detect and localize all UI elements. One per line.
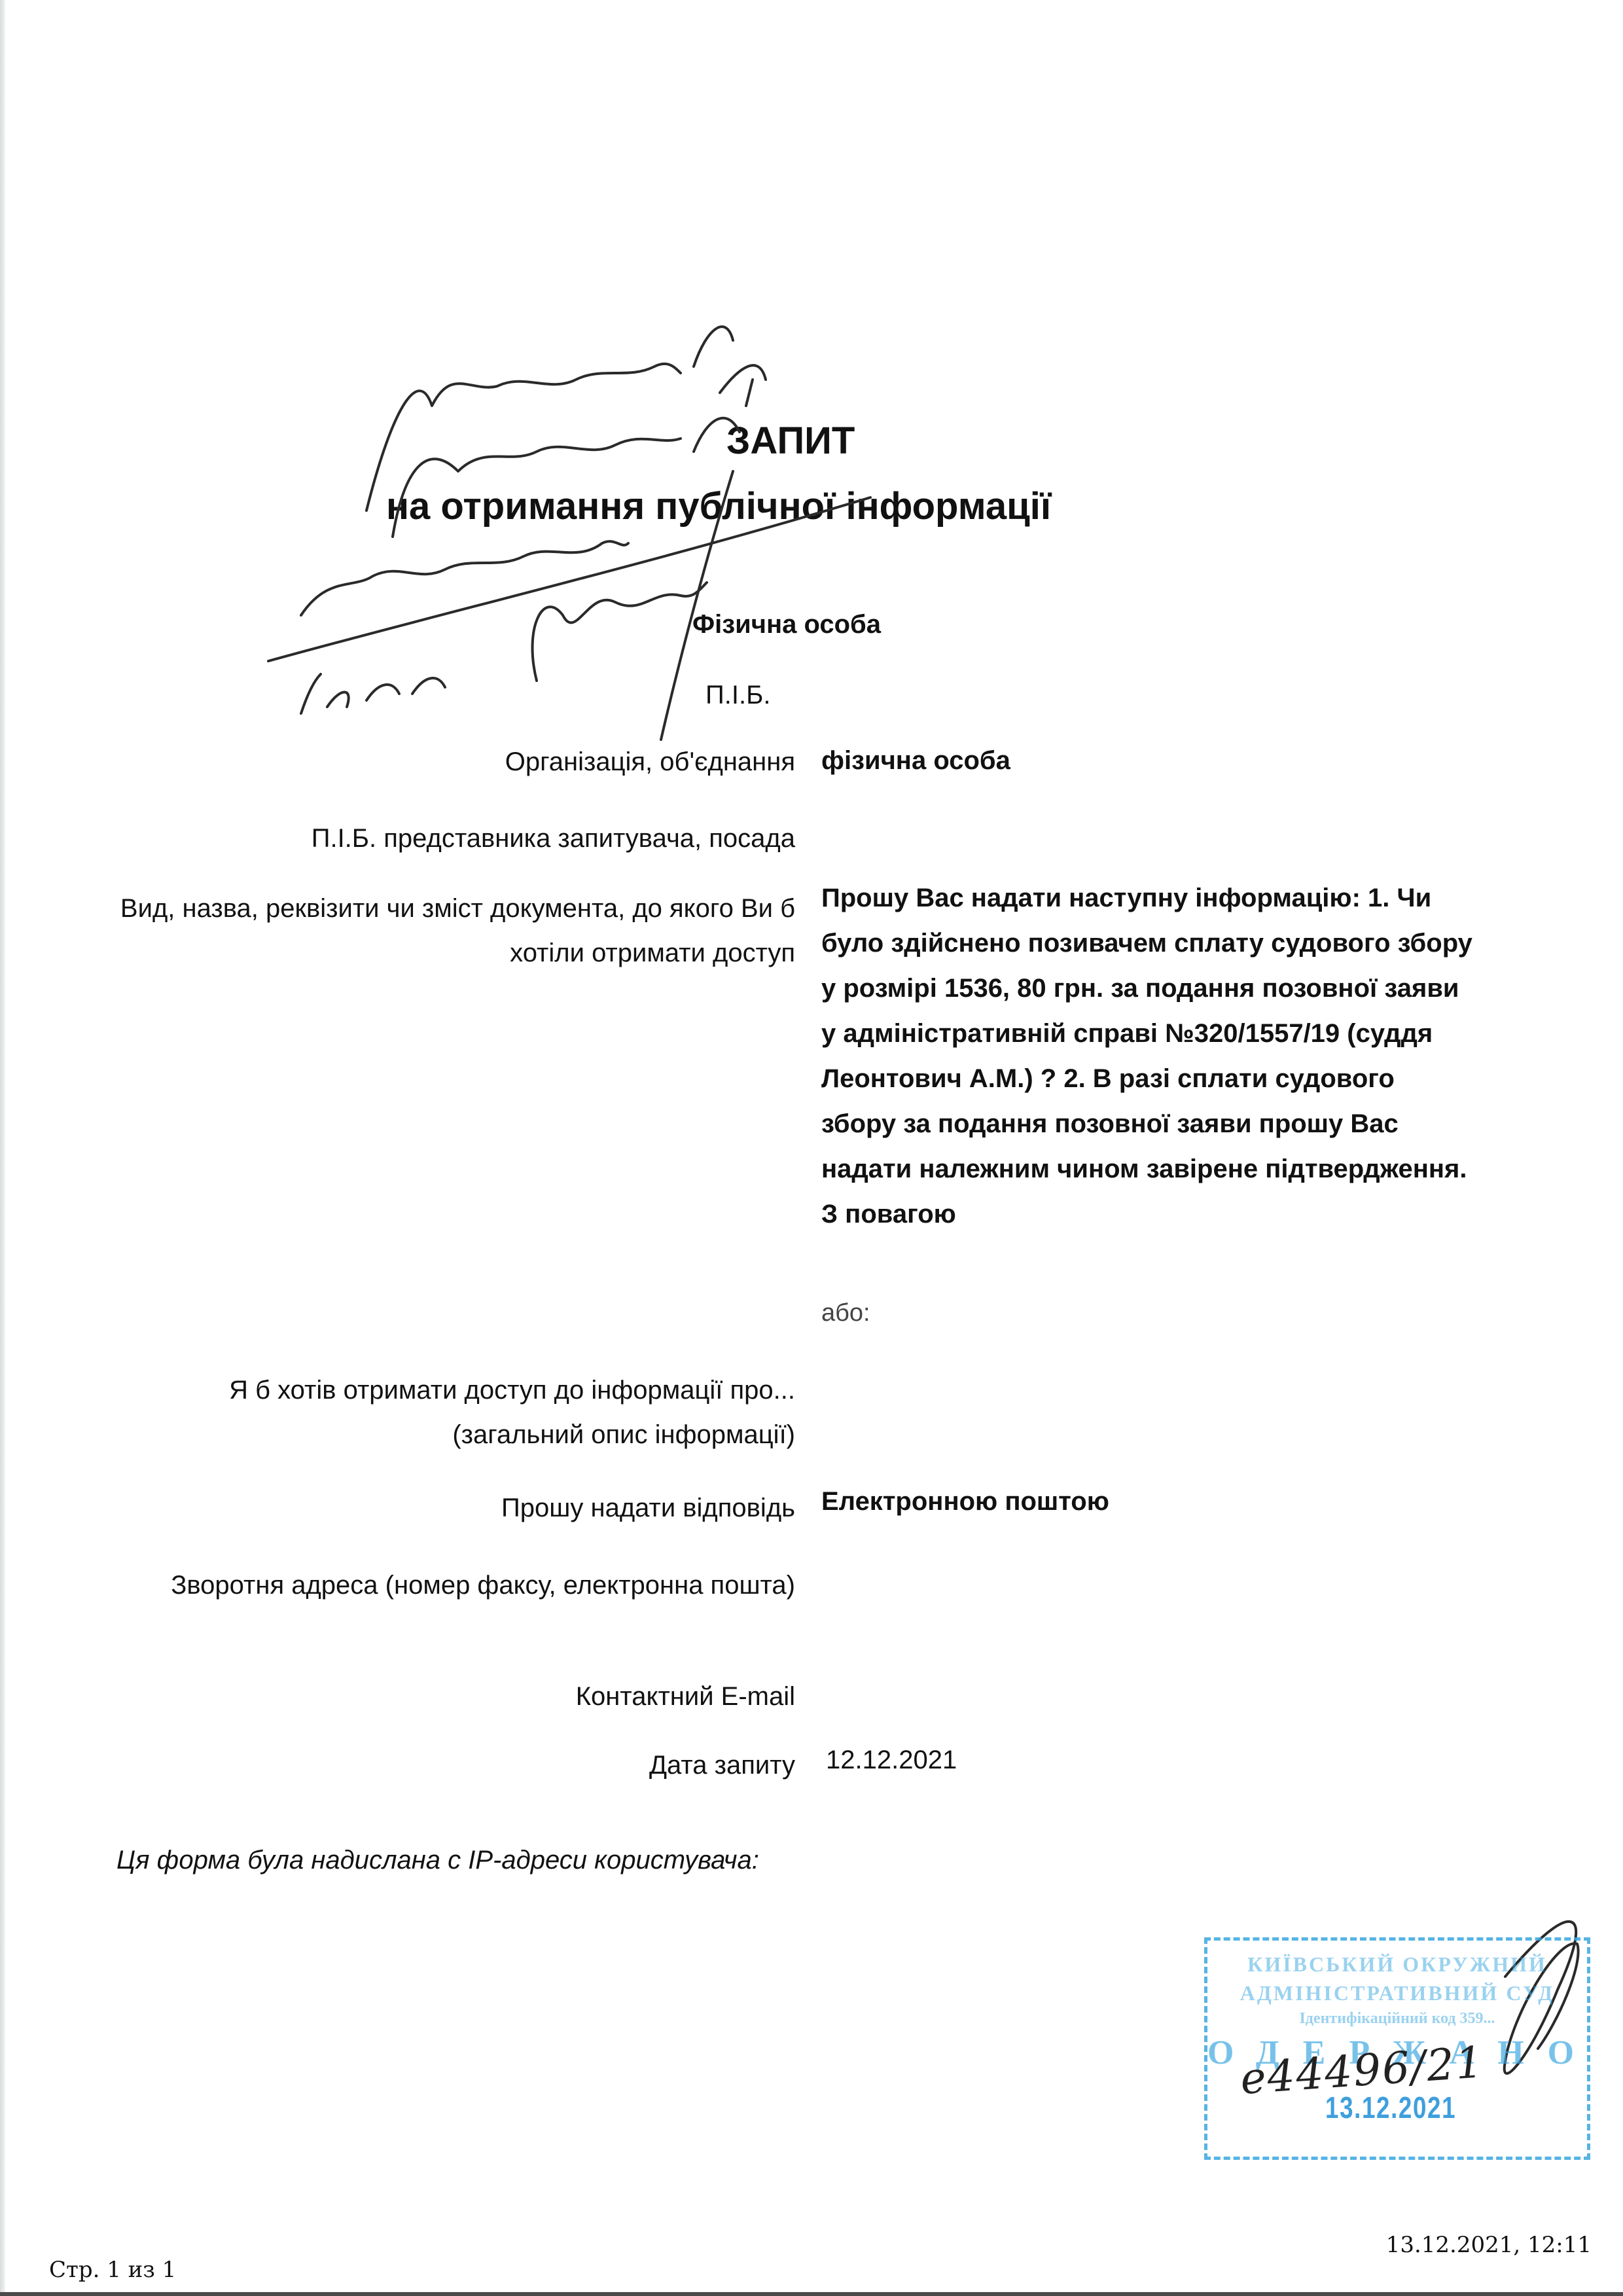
field-label: Зворотня адреса (номер факсу, електронна… — [141, 1563, 795, 1607]
pib-label: П.І.Б. — [705, 681, 770, 710]
field-value: Електронною поштою — [821, 1479, 1476, 1524]
page-edge — [0, 2292, 1623, 2296]
print-timestamp: 13.12.2021, 12:11 — [1386, 2232, 1592, 2258]
field-label: Контактний E-mail — [75, 1674, 795, 1719]
field-label: Дата запиту — [75, 1743, 795, 1787]
field-value: Прошу Вас надати наступну інформацію: 1.… — [821, 876, 1476, 1237]
document-title: ЗАПИТ — [726, 419, 870, 463]
ip-note: Ця форма була надислана с IP-адреси кори… — [116, 1846, 759, 1875]
requester-type: Фізична особа — [692, 610, 881, 639]
page-number: Стр. 1 из 1 — [49, 2257, 176, 2283]
document-subtitle: на отримання публічної інформації — [386, 484, 1237, 528]
field-label: Я б хотів отримати доступ до інформації … — [206, 1368, 795, 1457]
field-value: фізична особа — [821, 738, 1476, 783]
field-label: П.І.Б. представника запитувача, посада — [75, 816, 795, 861]
page-edge — [0, 0, 5, 2296]
field-label: Вид, назва, реквізити чи зміст документа… — [101, 886, 795, 975]
stamp-line: Ідентифікаційний код 359... — [1207, 2010, 1587, 2028]
stamp-line: АДМІНІСТРАТИВНИЙ СУД — [1207, 1981, 1587, 2005]
stamp-line: КИЇВСЬКИЙ ОКРУЖНИЙ — [1207, 1952, 1587, 1977]
field-value: 12.12.2021 — [826, 1738, 1480, 1783]
field-label: Організація, об'єднання — [75, 740, 795, 784]
field-label: Прошу надати відповідь — [75, 1486, 795, 1530]
or-separator: або: — [821, 1299, 870, 1327]
